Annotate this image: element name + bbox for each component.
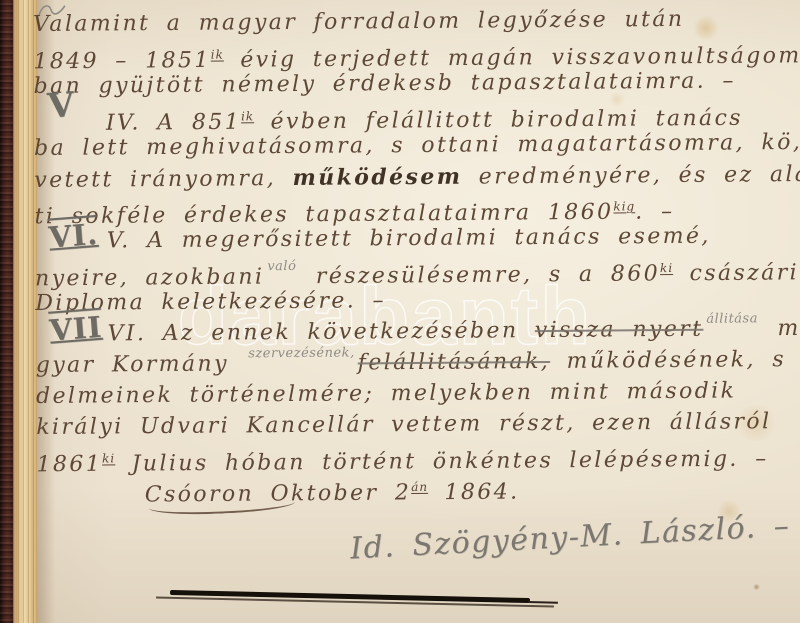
ink-text: gyar Kormány: [36, 351, 246, 378]
pencil-signature: Id. Szögyény-M. László. –: [349, 509, 791, 567]
manuscript-line: Csóoron Oktober 2án 1864.: [37, 469, 789, 506]
ink-text: VI. Az ennek következésében: [107, 318, 535, 346]
manuscript-text: Valamint a magyar forradalom legyőzése u…: [33, 4, 789, 506]
pencil-insertion: való: [267, 259, 296, 274]
struck-text: felállitásának,: [358, 349, 551, 376]
manuscript-photo: darabanth Valamint a magyar forradalom l…: [0, 0, 800, 623]
ink-text: 1864.: [428, 480, 520, 506]
book-spine: [0, 0, 13, 623]
pencil-insertion: szervezésének,: [248, 345, 355, 361]
spine-cloth-texture: [0, 0, 13, 623]
ink-text: ba lett meghivatásomra, s ottani magatar…: [34, 130, 800, 161]
ink-text: ma,: [761, 316, 800, 342]
ink-text: Valamint a magyar forradalom legyőzése u…: [33, 7, 685, 37]
pencil-insertion: állitása: [706, 311, 758, 326]
margin-numeral-pencil: VI.: [48, 217, 100, 255]
superscript-ordinal: án: [411, 480, 428, 494]
ink-text: királyi Udvari Kancellár vettem részt, e…: [36, 409, 771, 440]
ink-text: eredményére, és ez alat,: [462, 162, 800, 190]
ink-text: ban gyüjtött némely érdekesb tapasztalat…: [34, 68, 737, 99]
ink-text: 1861: [36, 452, 102, 478]
ink-text: V. A megerősitett birodalmi tanács esemé…: [107, 224, 711, 254]
superscript-ordinal: kig: [613, 199, 635, 213]
ink-text: működésének, s küz,: [550, 347, 800, 374]
ink-text: . –: [635, 199, 674, 224]
superscript-ordinal: ik: [241, 109, 254, 123]
struck-text: vissza nyert: [535, 317, 704, 343]
superscript-ordinal: ki: [660, 261, 673, 275]
ink-text-bold: működésem: [292, 164, 462, 191]
superscript-ordinal: ki: [102, 451, 115, 465]
ink-text: delmeinek történelmére; melyekben mint m…: [36, 378, 736, 408]
superscript-ordinal: ik: [211, 48, 224, 62]
pencil-squiggle-icon: [37, 2, 67, 18]
ink-text: vetett irányomra,: [34, 166, 292, 193]
paper-stain: [753, 584, 760, 590]
margin-numeral-pencil: V: [46, 88, 76, 124]
margin-numeral-pencil: VII: [48, 310, 103, 348]
